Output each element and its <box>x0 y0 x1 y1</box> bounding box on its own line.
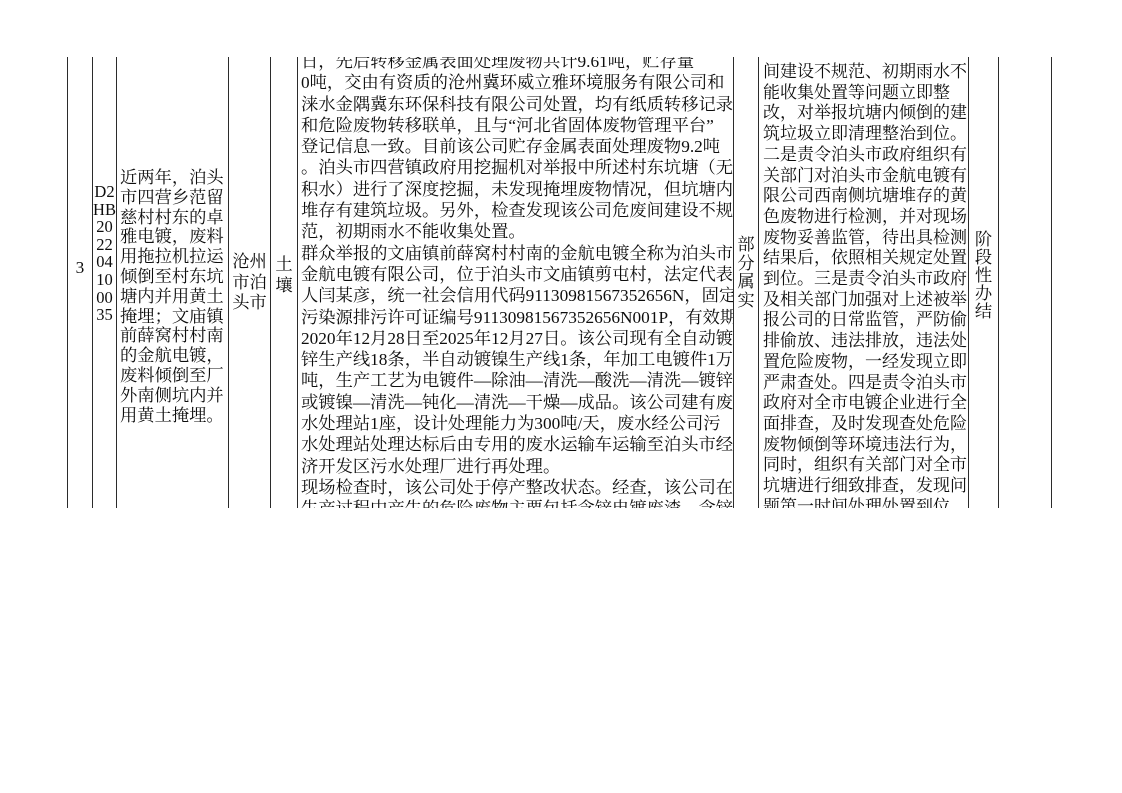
complaint-cell: 近两年，泊头 市四营乡范留 慈村村东的卓 雅电镀，废料 用拖拉机拉运 倾倒至村东… <box>116 57 228 508</box>
region-cell: 沧州 市泊 头市 <box>228 57 270 508</box>
pollution-type-text: 土 壤 <box>271 255 297 296</box>
verification-text: 部 分 属 实 <box>734 236 758 310</box>
status-text: 阶 段 性 办 结 <box>969 231 998 321</box>
measures-text: 间建设不规范、初期雨水不 能收集处置等问题立即整 改，对举报坑塘内倾倒的建 筑垃… <box>763 62 967 508</box>
seq-cell: 3 <box>67 57 92 508</box>
pollution-type-cell: 土 壤 <box>270 57 297 508</box>
complaint-text: 近两年，泊头 市四营乡范留 慈村村东的卓 雅电镀，废料 用拖拉机拉运 倾倒至村东… <box>120 168 224 425</box>
case-id: D2 HB 20 22 04 10 00 35 <box>93 183 116 324</box>
document-page: 3 D2 HB 20 22 04 10 00 35 近两年，泊头 市四营乡范留 … <box>0 0 1122 793</box>
investigation-text: 日，先后转移金属表面处理废物共计9.61吨，贮存量 0吨，交由有资质的沧州冀环威… <box>301 57 733 508</box>
measures-cell: 间建设不规范、初期雨水不 能收集处置等问题立即整 改，对举报坑塘内倾倒的建 筑垃… <box>758 57 968 508</box>
verification-cell: 部 分 属 实 <box>733 57 758 508</box>
status-cell: 阶 段 性 办 结 <box>968 57 998 508</box>
investigation-cell: 日，先后转移金属表面处理废物共计9.61吨，贮存量 0吨，交由有资质的沧州冀环威… <box>297 57 733 508</box>
region-text: 沧州 市泊 头市 <box>229 252 270 314</box>
seq-number: 3 <box>68 258 92 278</box>
case-id-cell: D2 HB 20 22 04 10 00 35 <box>92 57 116 508</box>
empty-cell <box>998 57 1052 508</box>
